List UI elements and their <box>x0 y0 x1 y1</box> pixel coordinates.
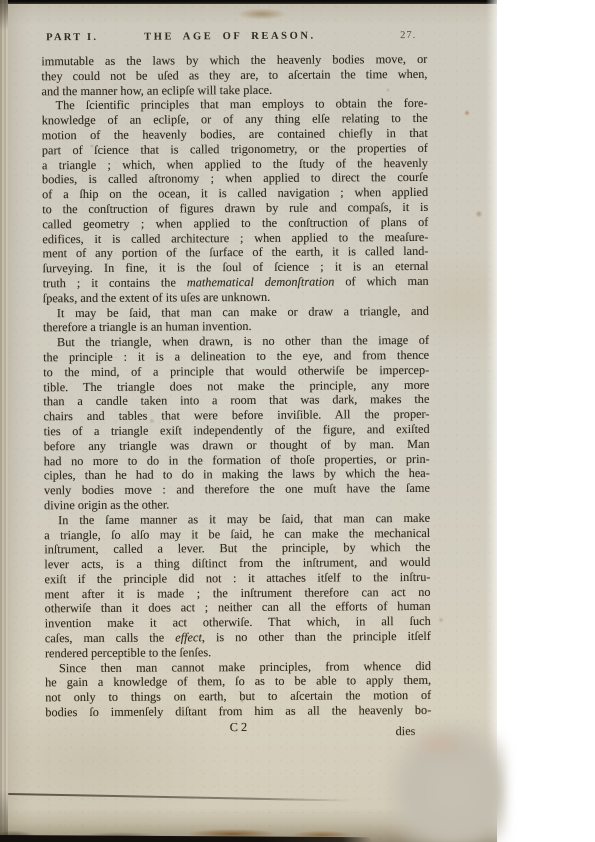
text-segment: he gain a knowledge of them, ſo as to be… <box>45 673 431 689</box>
text-segment: before any triangle was drawn or thought… <box>44 437 430 453</box>
text-segment: to the mind, of a principle that would o… <box>43 363 429 379</box>
text-segment: lever acts, is a thing diſtinct from the… <box>44 555 430 571</box>
paragraph: immutable as the laws by which the heave… <box>41 52 427 99</box>
paragraph: The ſcientific principles that man emplo… <box>42 96 429 306</box>
page-header: PART I. THE AGE OF REASON. 27. <box>0 29 495 48</box>
text-segment: of a ſhip on the ocean, it is called nav… <box>42 185 428 201</box>
text-segment: ciples, than he had to do in making the … <box>44 466 430 482</box>
text-line: It may be ſaid, that man can make or dra… <box>43 303 429 320</box>
text-line: they could not be uſed as they are, to a… <box>41 67 427 84</box>
text-segment: rendered perceptible to the ſenſes. <box>45 645 211 660</box>
text-segment: ment after it is made ; the inſtrument t… <box>45 585 431 601</box>
text-segment: ment of any portion of the ſurface of th… <box>42 244 428 260</box>
italic-text: mathematical demonſtration <box>187 274 335 289</box>
italic-text: effect <box>175 630 202 644</box>
part-label: PART I. <box>46 32 98 43</box>
text-segment: ſpeaks, and the extent of its uſes are u… <box>43 290 271 305</box>
book-page-scan: PART I. THE AGE OF REASON. 27. immutable… <box>0 0 595 842</box>
gathering-signature: C 2 <box>230 720 248 734</box>
corner-smudge <box>412 730 468 758</box>
text-segment: inſtrument, called a lever. But the prin… <box>44 540 430 556</box>
text-segment: than a candle taken into a room that was… <box>43 392 429 408</box>
text-segment: a triangle ; which, when applied to the … <box>42 155 428 171</box>
page-number: 27. <box>400 30 416 41</box>
text-segment: of which man <box>334 274 428 289</box>
text-segment: motion of the heavenly bodies, are conta… <box>42 126 428 142</box>
paragraph: It may be ſaid, that man can make or dra… <box>43 303 429 335</box>
text-segment: called geometry ; when applied to the co… <box>42 215 428 231</box>
text-segment: But the triangle, when drawn, is no othe… <box>57 333 429 349</box>
text-segment: to the conſtruction of figures drawn by … <box>42 200 428 216</box>
paragraph: Since then man cannot make principles, f… <box>45 659 431 721</box>
text-segment: not only to things on earth, but to aſce… <box>45 688 431 704</box>
text-line: caſes, man calls the effect, is no other… <box>45 629 431 646</box>
text-line: venly bodies move : and therefore the on… <box>44 481 430 498</box>
text-segment: had no more to do in the formation of th… <box>44 451 430 467</box>
text-segment: chairs and tables that were before inviſ… <box>43 407 429 423</box>
text-segment: edifices, it is called architecture ; wh… <box>42 229 428 245</box>
text-segment: caſes, man calls the <box>45 631 175 646</box>
text-segment: part of ſcience that is called trigonome… <box>42 141 428 157</box>
text-segment: truth ; it contains the <box>43 275 187 290</box>
text-segment: In the ſame manner as it may be ſaid, th… <box>58 511 430 527</box>
text-segment: , is no other than the principle itſelf <box>202 629 431 644</box>
text-segment: bodies ſo immenſely diſtant from him as … <box>45 703 431 719</box>
text-segment: and the manner how, an eclipſe will take… <box>41 82 272 97</box>
text-segment: a triangle, ſo alſo may it be ſaid, he c… <box>44 525 430 541</box>
text-segment: Since then man cannot make principles, f… <box>59 659 431 675</box>
text-segment: exiſt if the principle did not : it atta… <box>44 570 430 586</box>
text-segment: the principle : it is a delineation to t… <box>43 348 429 364</box>
text-segment: divine origin as the other. <box>44 497 169 512</box>
paragraph: But the triangle, when drawn, is no othe… <box>43 333 430 513</box>
text-segment: It may be ſaid, that man can make or dra… <box>57 303 429 319</box>
text-segment: immutable as the laws by which the heave… <box>41 52 427 68</box>
text-segment: The ſcientific principles that man emplo… <box>56 96 428 112</box>
text-segment: they could not be uſed as they are, to a… <box>41 67 427 83</box>
text-segment: otherwiſe than it does act ; neither can… <box>45 599 431 615</box>
running-title: THE AGE OF REASON. <box>144 31 316 43</box>
text-line: bodies ſo immenſely diſtant from him as … <box>45 703 431 720</box>
paragraph: In the ſame manner as it may be ſaid, th… <box>44 511 431 661</box>
text-segment: tible. The triangle does not make the pr… <box>43 377 429 393</box>
printed-content: PART I. THE AGE OF REASON. 27. immutable… <box>0 0 500 842</box>
text-segment: bodies, is called aſtronomy ; when appli… <box>42 170 428 186</box>
text-segment: venly bodies move : and therefore the on… <box>44 481 430 497</box>
text-segment: ſurveying. In fine, it is the ſoul of ſc… <box>43 259 429 275</box>
text-line: truth ; it contains the mathematical dem… <box>43 274 429 291</box>
signature-line: C 2dies <box>45 719 431 736</box>
text-segment: ties of a triangle exiſt independently o… <box>44 422 430 438</box>
text-segment: invention make it act otherwiſe. That wh… <box>45 614 431 630</box>
scan-bottom-dark-edge <box>0 835 372 842</box>
text-segment: knowledge of an eclipſe, or of any thing… <box>42 111 428 127</box>
text-block: immutable as the laws by which the heave… <box>41 52 431 736</box>
text-segment: therefore a triangle is an human inventi… <box>43 319 252 334</box>
